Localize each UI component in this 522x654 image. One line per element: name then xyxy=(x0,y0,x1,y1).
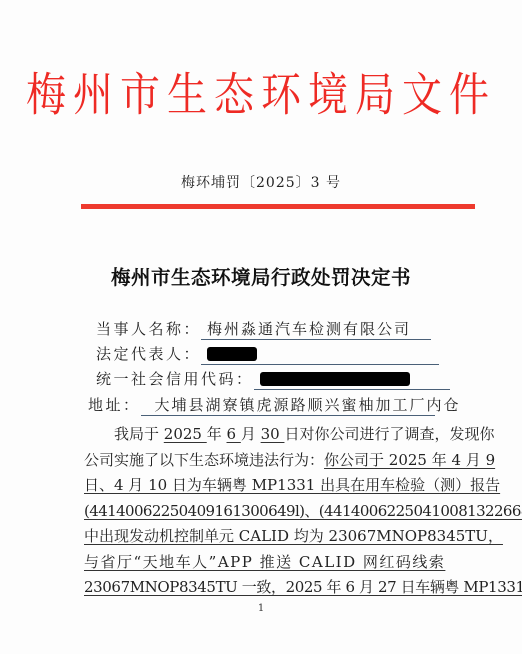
credit-code-label: 统一社会信用代码： xyxy=(96,370,254,388)
document-title: 梅州市生态环境局行政处罚决定书 xyxy=(0,262,522,290)
document-number: 梅环埔罚〔2025〕3 号 xyxy=(0,172,522,192)
issuer-header: 梅州市生态环境局文件 xyxy=(0,68,522,123)
investigation-day: 30 xyxy=(261,425,285,443)
red-divider xyxy=(81,204,475,209)
document-page: 梅州市生态环境局文件 梅环埔罚〔2025〕3 号 梅州市生态环境局行政处罚决定书… xyxy=(0,0,522,654)
legal-representative-label: 法定代表人： xyxy=(96,345,201,363)
credit-code-value xyxy=(254,369,450,390)
address-value: 大埔县湖寮镇虎源路顺兴蜜柚加工厂内仓 xyxy=(141,395,435,416)
legal-representative-field: 法定代表人： xyxy=(96,344,439,365)
redaction-block xyxy=(207,347,257,361)
redaction-block xyxy=(260,372,410,386)
body-line-5: 中出现发动机控制单元 CALID 均为 23067MNOP8345TU， xyxy=(84,524,434,550)
body-line-7: 23067MNOP8345TU 一致，2025 年 6 月 27 日车辆粤 MP… xyxy=(84,575,434,601)
address-field: 地址：大埔县湖寮镇虎源路顺兴蜜柚加工厂内仓 xyxy=(88,395,435,416)
address-label: 地址： xyxy=(88,396,141,414)
party-name-value: 梅州淼通汽车检测有限公司 xyxy=(201,319,431,340)
credit-code-field: 统一社会信用代码： xyxy=(96,369,450,390)
body-line-2: 公司实施了以下生态环境违法行为：你公司于 2025 年 4 月 9 xyxy=(84,448,434,474)
body-line-4: (44140062250409161300649l)、(441400622504… xyxy=(84,499,434,525)
body-line-1: 我局于 2025 年 6 月 30 日对你公司进行了调查，发现你 xyxy=(84,422,434,448)
investigation-year: 2025 xyxy=(164,425,207,443)
body-line-3: 日、4 月 10 日为车辆粤 MP1331 出具在用车检验（测）报告 xyxy=(84,473,434,499)
party-name-field: 当事人名称：梅州淼通汽车检测有限公司 xyxy=(96,319,431,340)
body-line-6: 与省厅“天地车人”APP 推送 CALID 网红码线索 xyxy=(84,550,434,576)
party-name-label: 当事人名称： xyxy=(96,320,201,338)
investigation-month: 6 xyxy=(227,425,241,443)
decision-body: 我局于 2025 年 6 月 30 日对你公司进行了调查，发现你 公司实施了以下… xyxy=(84,422,434,601)
page-number: 1 xyxy=(0,603,522,614)
legal-representative-value xyxy=(201,344,439,365)
